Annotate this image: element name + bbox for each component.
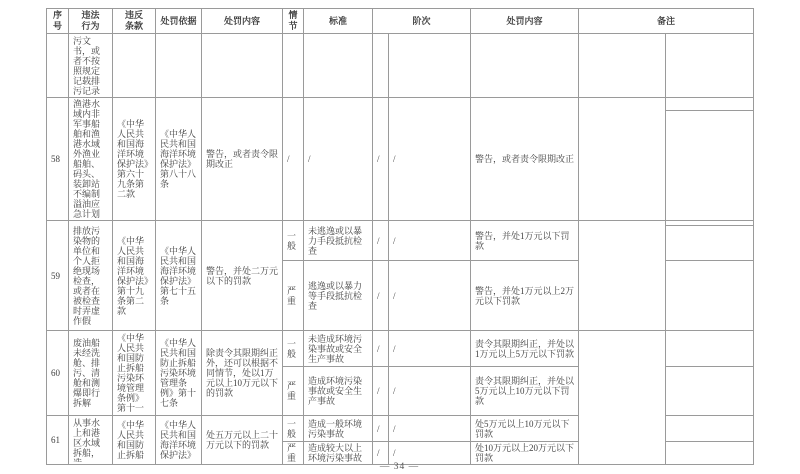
cell-59-sub1-stage-b: / <box>389 261 471 331</box>
cell-60-sub1-circumstance: 严重 <box>283 367 304 416</box>
cell-61-clause: 《中华人民共和国防止拆船 <box>113 416 156 465</box>
cell-61-sub0-standard: 造成一般环境污染事故 <box>304 416 373 442</box>
cell-60-behavior: 废油船未经洗舱、排污、清舱和测爆即行拆解 <box>69 331 113 416</box>
cell-60-sub1-standard: 造成环境污染事故或安全生产事故 <box>304 367 373 416</box>
cell-59-clause: 《中华人民共和国海洋环境保护法》第十九条第二款 <box>113 221 156 331</box>
cell-cont-content2 <box>471 34 579 98</box>
cell-58-content: 警告，或者责令限期改正 <box>202 98 283 221</box>
cell-60-remarks-b1 <box>666 331 754 367</box>
cell-59-remarks-b3 <box>666 261 754 331</box>
cell-61-basis: 《中华人民共和国海洋环境保护法》 <box>156 416 202 465</box>
cell-61-serial: 61 <box>47 416 69 465</box>
cell-cont-serial <box>47 34 69 98</box>
cell-60-sub0-content2: 责令其限期纠正，并处以1万元以上5万元以下罚款 <box>471 331 579 367</box>
cell-60-sub0-standard: 未造成环境污染事故或安全生产事故 <box>304 331 373 367</box>
cell-60-sub1-stage-a: / <box>373 367 389 416</box>
cell-59-sub1-content2: 警告，并处1万元以上2万元以下罚款 <box>471 261 579 331</box>
page-number: — 34 — <box>46 462 753 472</box>
cell-59-sub0-standard: 未逃逸或以暴力手段抵抗检查 <box>304 221 373 261</box>
cell-59-basis: 《中华人民共和国海洋环境保护法》第七十五条 <box>156 221 202 331</box>
cell-58-content2: 警告，或者责令限期改正 <box>471 98 579 221</box>
cell-cont-remarks-a <box>579 34 666 98</box>
cell-60-content: 除责令其限期纠正外，还可以根据不同情节，处以1万元以上10万元以下的罚款 <box>202 331 283 416</box>
col-header-clause: 违反 条款 <box>113 9 156 34</box>
row-58-a: 58 渔港水域内非军事船舶和渔港水域外渔业船舶、码头、装卸站不编制溢油应急计划 … <box>47 98 754 111</box>
cell-cont-stage-b <box>389 34 471 98</box>
cell-58-stage-a: / <box>373 98 389 221</box>
cell-59-content: 警告，并处二万元以下的罚款 <box>202 221 283 331</box>
col-header-behavior: 违法 行为 <box>69 9 113 34</box>
cell-60-clause: 《中华人民共和国防止拆船污染环境管理条例》第十一条 <box>113 331 156 416</box>
cell-59-sub1-stage-a: / <box>373 261 389 331</box>
col-header-remarks: 备注 <box>579 9 754 34</box>
cell-cont-remarks-b <box>666 34 754 98</box>
cell-61-sub0-content2: 处5万元以上10万元以下罚款 <box>471 416 579 442</box>
cell-61-behavior: 从事水上和港区水域拆船，造 <box>69 416 113 465</box>
cell-60-sub0-circumstance: 一般 <box>283 331 304 367</box>
cell-60-sub0-stage-b: / <box>389 331 471 367</box>
cell-59-sub0-circumstance: 一般 <box>283 221 304 261</box>
cell-59-sub0-stage-b: / <box>389 221 471 261</box>
row-continuation: 污文书，或者不按照规定记载排污记录 <box>47 34 754 98</box>
col-header-stage: 阶次 <box>373 9 471 34</box>
col-header-basis: 处罚依据 <box>156 9 202 34</box>
cell-58-remarks-b1 <box>666 98 754 111</box>
row-60-a: 60 废油船未经洗舱、排污、清舱和测爆即行拆解 《中华人民共和国防止拆船污染环境… <box>47 331 754 367</box>
cell-60-basis: 《中华人民共和国防止拆船污染环境管理条例》第十七条 <box>156 331 202 416</box>
cell-60-sub0-stage-a: / <box>373 331 389 367</box>
cell-59-serial: 59 <box>47 221 69 331</box>
cell-cont-circumstance <box>283 34 304 98</box>
cell-61-sub0-stage-b: / <box>389 416 471 442</box>
penalty-standards-table: 序 号 违法 行为 违反 条款 处罚依据 处罚内容 情 节 标准 阶次 处罚内容… <box>46 8 754 465</box>
cell-58-behavior: 渔港水域内非军事船舶和渔港水域外渔业船舶、码头、装卸站不编制溢油应急计划 <box>69 98 113 221</box>
col-header-content2: 处罚内容 <box>471 9 579 34</box>
cell-59-sub1-circumstance: 严重 <box>283 261 304 331</box>
cell-58-standard: / <box>304 98 373 221</box>
cell-60-sub1-content2: 责令其限期纠正，并处以5万元以上10万元以下罚款 <box>471 367 579 416</box>
cell-60-sub1-stage-b: / <box>389 367 471 416</box>
cell-58-remarks-b2 <box>666 111 754 221</box>
row-59-a1: 59 排放污染物的单位和个人拒绝现场检查，或者在被检查时弄虚作假 《中华人民共和… <box>47 221 754 226</box>
cell-60-serial: 60 <box>47 331 69 416</box>
cell-61-remarks-b1 <box>666 416 754 442</box>
cell-58-stage-b: / <box>389 98 471 221</box>
header-row: 序 号 违法 行为 违反 条款 处罚依据 处罚内容 情 节 标准 阶次 处罚内容… <box>47 9 754 34</box>
cell-61-sub0-circumstance: 一般 <box>283 416 304 442</box>
cell-60-remarks-b2 <box>666 367 754 416</box>
cell-cont-standard <box>304 34 373 98</box>
cell-59-sub1-standard: 逃逸或以暴力等手段抵抗检查 <box>304 261 373 331</box>
cell-61-sub0-stage-a: / <box>373 416 389 442</box>
cell-cont-behavior: 污文书，或者不按照规定记载排污记录 <box>69 34 113 98</box>
cell-60-61-remarks-a <box>579 331 666 465</box>
cell-58-remarks-a <box>579 98 666 221</box>
col-header-content: 处罚内容 <box>202 9 283 34</box>
cell-59-remarks-b2 <box>666 226 754 261</box>
cell-59-sub0-content2: 警告，并处1万元以下罚款 <box>471 221 579 261</box>
cell-cont-stage-a <box>373 34 389 98</box>
cell-59-behavior: 排放污染物的单位和个人拒绝现场检查，或者在被检查时弄虚作假 <box>69 221 113 331</box>
col-header-standard: 标准 <box>304 9 373 34</box>
cell-59-remarks-a <box>579 221 666 331</box>
col-header-circumstance: 情 节 <box>283 9 304 34</box>
cell-59-sub0-stage-a: / <box>373 221 389 261</box>
col-header-serial: 序 号 <box>47 9 69 34</box>
cell-cont-clause <box>113 34 156 98</box>
cell-cont-content <box>202 34 283 98</box>
cell-58-clause: 《中华人民共和国海洋环境保护法》第六十九条第二款 <box>113 98 156 221</box>
cell-58-circumstance: / <box>283 98 304 221</box>
cell-58-serial: 58 <box>47 98 69 221</box>
cell-58-basis: 《中华人民共和国海洋环境保护法》第八十八条 <box>156 98 202 221</box>
cell-cont-basis <box>156 34 202 98</box>
cell-61-content: 处五万元以上二十万元以下的罚款 <box>202 416 283 465</box>
